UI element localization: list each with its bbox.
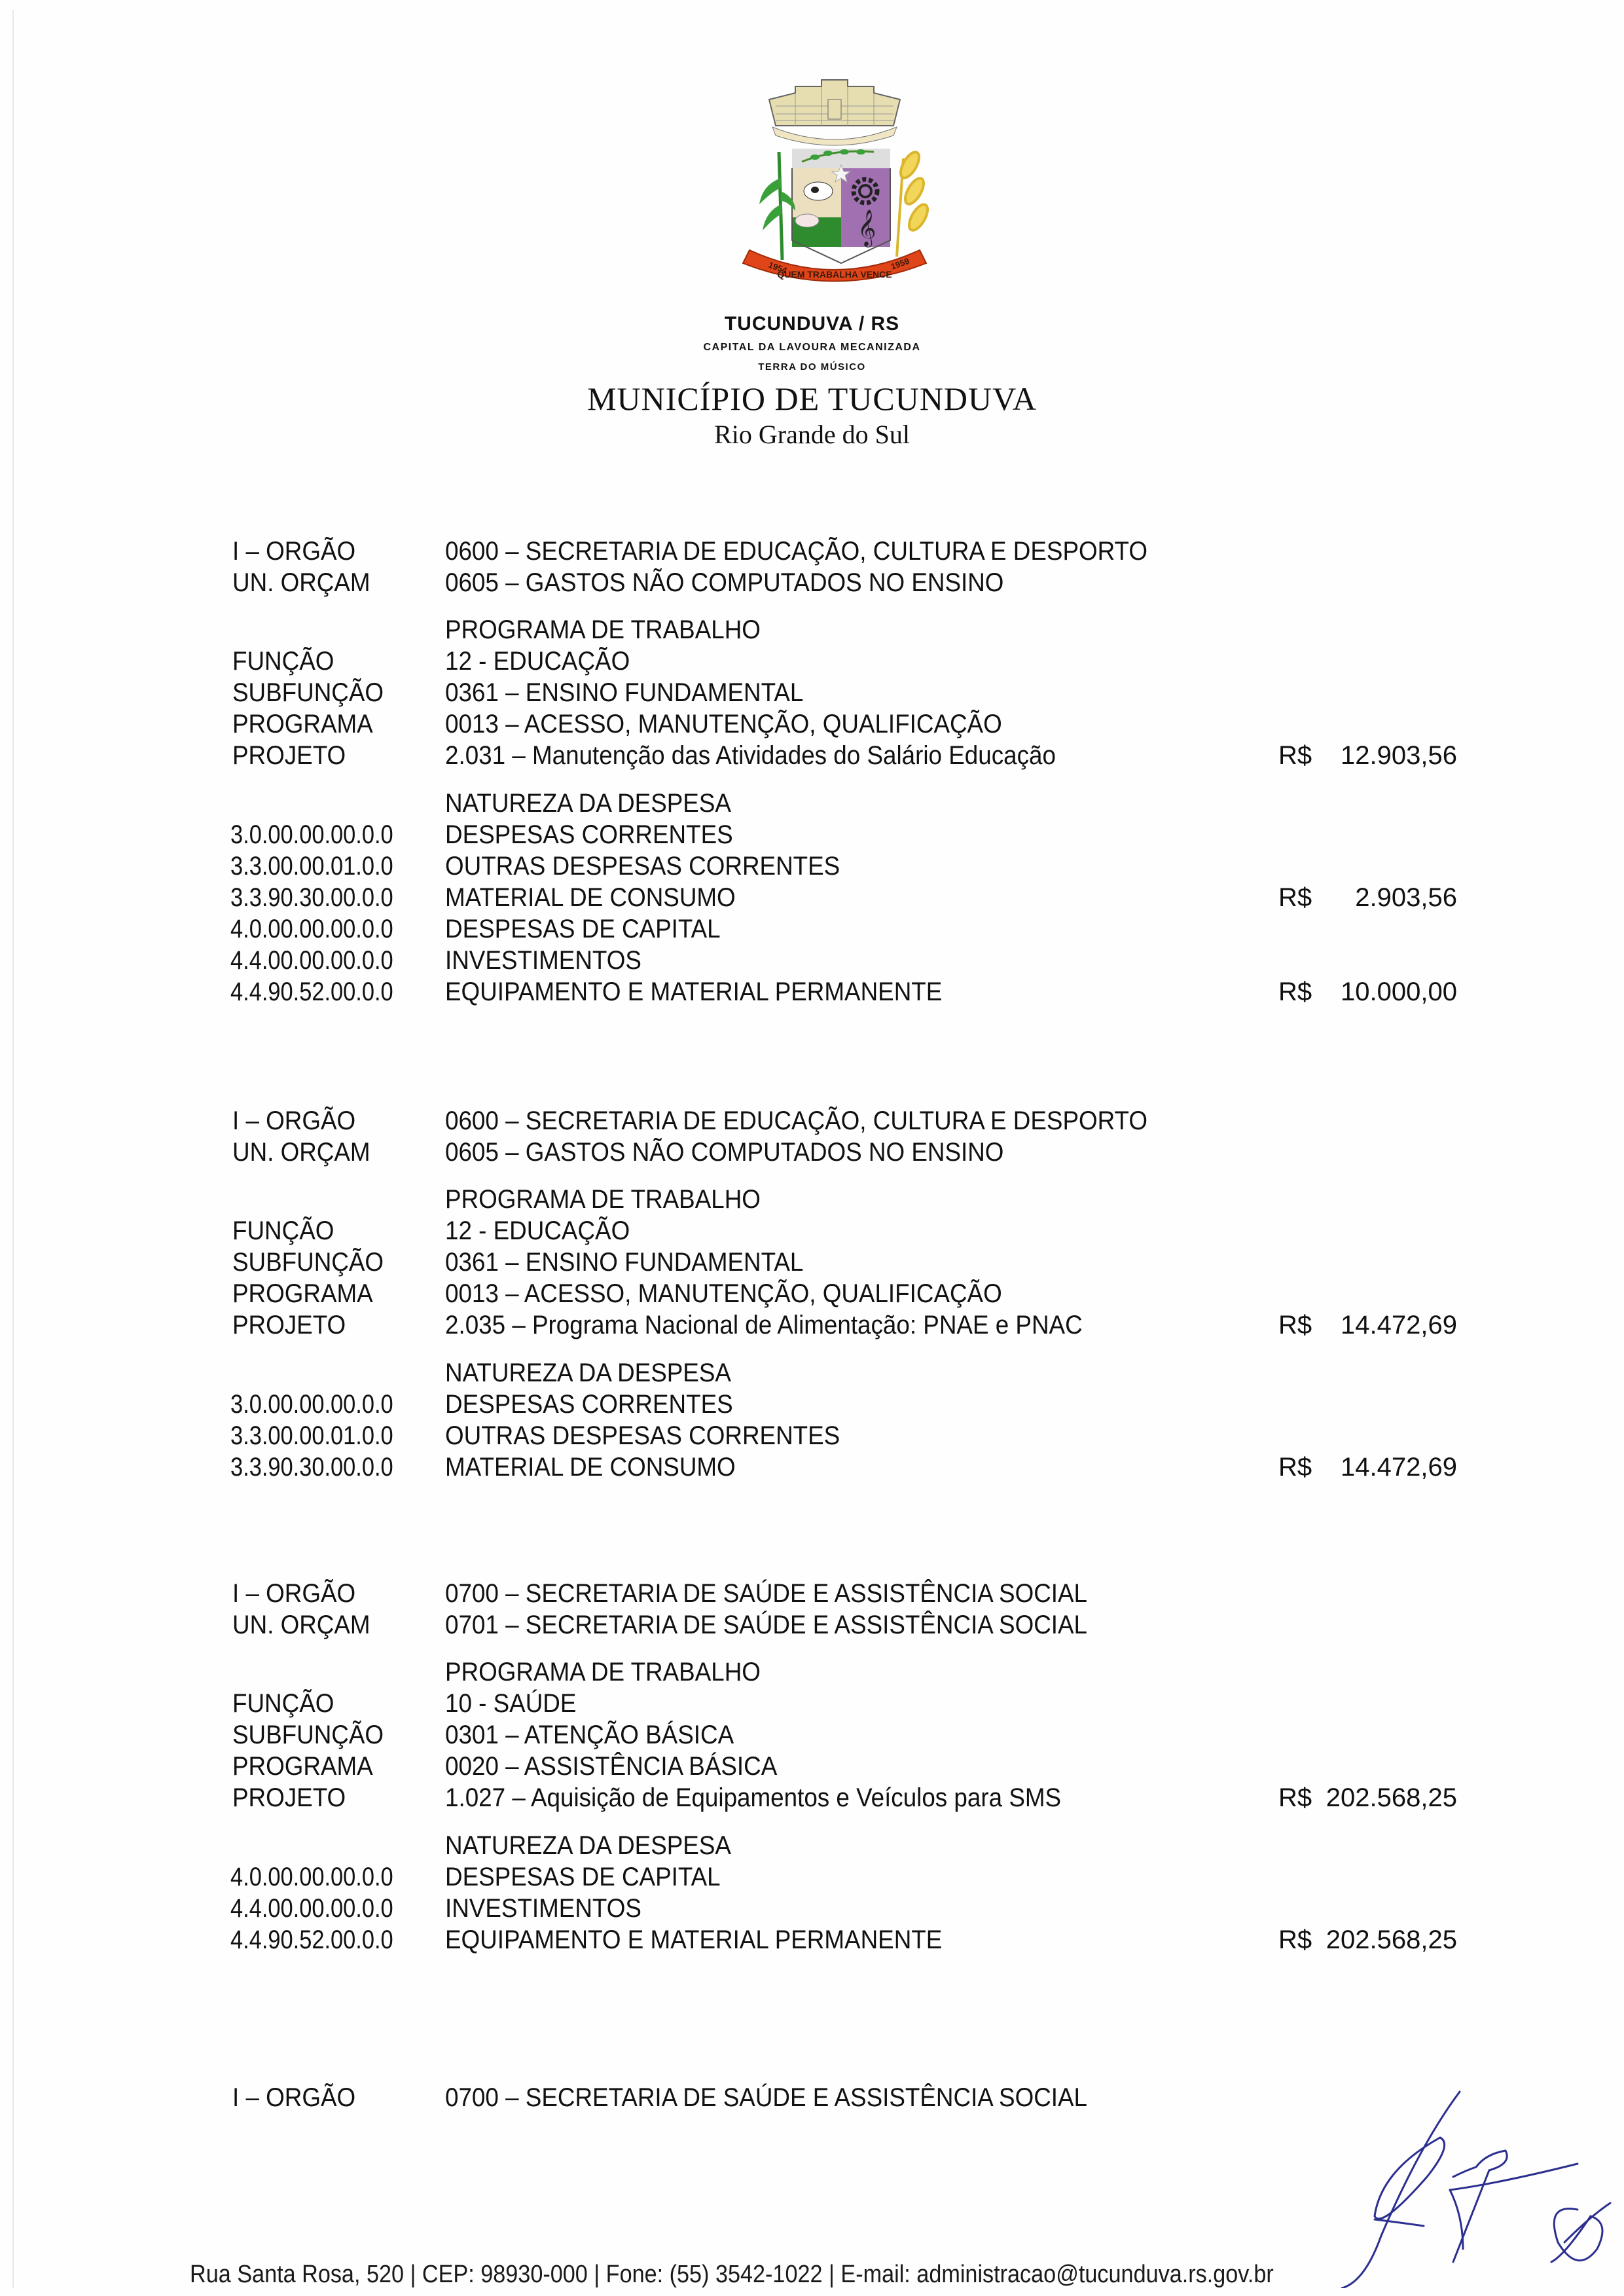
- natureza-row: 3.3.00.00.01.0.0OUTRAS DESPESAS CORRENTE…: [0, 1420, 1624, 1451]
- projeto-value: 1.027 – Aquisição de Equipamentos e Veíc…: [445, 1782, 1061, 1813]
- programa-label: PROGRAMA: [232, 1278, 373, 1309]
- projeto-row: PROJETO1.027 – Aquisição de Equipamentos…: [0, 1782, 1624, 1813]
- natureza-code: 3.3.90.30.00.0.0: [230, 882, 393, 913]
- orgao-label: I – ORGÃO: [232, 2082, 355, 2113]
- currency-symbol: R$: [1278, 1451, 1312, 1483]
- natureza-code: 3.3.00.00.01.0.0: [230, 1420, 393, 1451]
- natureza-description: MATERIAL DE CONSUMO: [445, 1451, 736, 1483]
- natureza-code: 4.0.00.00.00.0.0: [230, 1861, 393, 1893]
- natureza-code: 4.4.00.00.00.0.0: [230, 1893, 393, 1924]
- programa-label: PROGRAMA: [232, 708, 373, 740]
- natureza-description: INVESTIMENTOS: [445, 945, 641, 976]
- natureza-heading: NATUREZA DA DESPESA: [445, 1357, 731, 1389]
- natureza-description: MATERIAL DE CONSUMO: [445, 882, 736, 913]
- natureza-heading: NATUREZA DA DESPESA: [445, 1830, 731, 1861]
- subfuncao-value: 0301 – ATENÇÃO BÁSICA: [445, 1719, 734, 1751]
- orgao-value: 0700 – SECRETARIA DE SAÚDE E ASSISTÊNCIA…: [445, 1578, 1087, 1609]
- natureza-code: 4.4.90.52.00.0.0: [230, 976, 393, 1008]
- un-orcam-value: 0701 – SECRETARIA DE SAÚDE E ASSISTÊNCIA…: [445, 1609, 1087, 1641]
- municipality-title: MUNICÍPIO DE TUCUNDUVA: [0, 380, 1624, 418]
- natureza-description: DESPESAS CORRENTES: [445, 1389, 733, 1420]
- natureza-description: OUTRAS DESPESAS CORRENTES: [445, 1420, 840, 1451]
- natureza-row: 4.0.00.00.00.0.0DESPESAS DE CAPITAL: [0, 913, 1624, 945]
- natureza-description: INVESTIMENTOS: [445, 1893, 641, 1924]
- programa-label: PROGRAMA: [232, 1751, 373, 1782]
- natureza-row: 4.4.90.52.00.0.0EQUIPAMENTO E MATERIAL P…: [0, 1924, 1624, 1956]
- projeto-label: PROJETO: [232, 1309, 346, 1341]
- natureza-code: 3.0.00.00.00.0.0: [230, 819, 393, 850]
- natureza-row: 3.0.00.00.00.0.0DESPESAS CORRENTES: [0, 1389, 1624, 1420]
- natureza-code: 4.0.00.00.00.0.0: [230, 913, 393, 945]
- un-orcam-value: 0605 – GASTOS NÃO COMPUTADOS NO ENSINO: [445, 567, 1003, 598]
- natureza-heading: NATUREZA DA DESPESA: [445, 788, 731, 819]
- programa-trabalho-heading: PROGRAMA DE TRABALHO: [445, 1184, 761, 1215]
- natureza-code: 3.3.90.30.00.0.0: [230, 1451, 393, 1483]
- natureza-description: DESPESAS DE CAPITAL: [445, 1861, 721, 1893]
- state-name: Rio Grande do Sul: [0, 419, 1624, 450]
- orgao-label: I – ORGÃO: [232, 1578, 355, 1609]
- programa-trabalho-heading: PROGRAMA DE TRABALHO: [445, 614, 761, 646]
- subfuncao-value: 0361 – ENSINO FUNDAMENTAL: [445, 677, 803, 708]
- projeto-amount: 202.568,25: [1326, 1782, 1457, 1813]
- orgao-value: 0600 – SECRETARIA DE EDUCAÇÃO, CULTURA E…: [445, 1105, 1147, 1137]
- natureza-description: DESPESAS CORRENTES: [445, 819, 733, 850]
- orgao-value: 0600 – SECRETARIA DE EDUCAÇÃO, CULTURA E…: [445, 536, 1147, 567]
- funcao-label: FUNÇÃO: [232, 1215, 334, 1247]
- natureza-row: 4.4.00.00.00.0.0INVESTIMENTOS: [0, 1893, 1624, 1924]
- un-orcam-label: UN. ORÇAM: [232, 1137, 370, 1168]
- natureza-amount: 2.903,56: [1355, 882, 1457, 913]
- town-motto: CAPITAL DA LAVOURA MECANIZADA: [0, 342, 1624, 354]
- funcao-value: 12 - EDUCAÇÃO: [445, 1215, 630, 1247]
- orgao-value: 0700 – SECRETARIA DE SAÚDE E ASSISTÊNCIA…: [445, 2082, 1087, 2113]
- municipal-crest-icon: 𝄞 QUEM TRABALHA VENCE 1954 1959: [730, 73, 939, 296]
- natureza-row: 3.3.90.30.00.0.0MATERIAL DE CONSUMOR$14.…: [0, 1451, 1624, 1483]
- natureza-description: EQUIPAMENTO E MATERIAL PERMANENTE: [445, 976, 942, 1008]
- projeto-row: PROJETO2.031 – Manutenção das Atividades…: [0, 740, 1624, 771]
- currency-symbol: R$: [1278, 1924, 1312, 1956]
- un-orcam-value: 0605 – GASTOS NÃO COMPUTADOS NO ENSINO: [445, 1137, 1003, 1168]
- document-page: 𝄞 QUEM TRABALHA VENCE 1954 1959 TUCUNDUV…: [0, 0, 1624, 2296]
- signature-icon: [1303, 2072, 1617, 2288]
- subfuncao-label: SUBFUNÇÃO: [232, 1719, 384, 1751]
- orgao-label: I – ORGÃO: [232, 1105, 355, 1137]
- projeto-label: PROJETO: [232, 1782, 346, 1813]
- funcao-label: FUNÇÃO: [232, 1688, 334, 1719]
- town-subtitle: TERRA DO MÚSICO: [0, 361, 1624, 373]
- footer-address: Rua Santa Rosa, 520 | CEP: 98930-000 | F…: [190, 2261, 1274, 2289]
- subfuncao-value: 0361 – ENSINO FUNDAMENTAL: [445, 1247, 803, 1278]
- projeto-amount: 14.472,69: [1341, 1309, 1457, 1341]
- svg-text:𝄞: 𝄞: [857, 210, 876, 247]
- currency-symbol: R$: [1278, 1782, 1312, 1813]
- projeto-row: PROJETO2.035 – Programa Nacional de Alim…: [0, 1309, 1624, 1341]
- subfuncao-label: SUBFUNÇÃO: [232, 1247, 384, 1278]
- natureza-code: 3.3.00.00.01.0.0: [230, 850, 393, 882]
- programa-value: 0020 – ASSISTÊNCIA BÁSICA: [445, 1751, 777, 1782]
- natureza-row: 3.3.00.00.01.0.0OUTRAS DESPESAS CORRENTE…: [0, 850, 1624, 882]
- currency-symbol: R$: [1278, 1309, 1312, 1341]
- un-orcam-label: UN. ORÇAM: [232, 1609, 370, 1641]
- natureza-code: 3.0.00.00.00.0.0: [230, 1389, 393, 1420]
- natureza-row: 4.4.00.00.00.0.0INVESTIMENTOS: [0, 945, 1624, 976]
- natureza-description: DESPESAS DE CAPITAL: [445, 913, 721, 945]
- natureza-description: OUTRAS DESPESAS CORRENTES: [445, 850, 840, 882]
- projeto-label: PROJETO: [232, 740, 346, 771]
- natureza-code: 4.4.00.00.00.0.0: [230, 945, 393, 976]
- subfuncao-label: SUBFUNÇÃO: [232, 677, 384, 708]
- projeto-value: 2.031 – Manutenção das Atividades do Sal…: [445, 740, 1056, 771]
- orgao-label: I – ORGÃO: [232, 536, 355, 567]
- funcao-value: 10 - SAÚDE: [445, 1688, 576, 1719]
- natureza-code: 4.4.90.52.00.0.0: [230, 1924, 393, 1956]
- natureza-row: 4.0.00.00.00.0.0DESPESAS DE CAPITAL: [0, 1861, 1624, 1893]
- svg-text:QUEM TRABALHA VENCE: QUEM TRABALHA VENCE: [777, 269, 892, 280]
- projeto-value: 2.035 – Programa Nacional de Alimentação…: [445, 1309, 1083, 1341]
- natureza-description: EQUIPAMENTO E MATERIAL PERMANENTE: [445, 1924, 942, 1956]
- currency-symbol: R$: [1278, 976, 1312, 1008]
- natureza-amount: 14.472,69: [1341, 1451, 1457, 1483]
- natureza-amount: 10.000,00: [1341, 976, 1457, 1008]
- programa-value: 0013 – ACESSO, MANUTENÇÃO, QUALIFICAÇÃO: [445, 708, 1002, 740]
- currency-symbol: R$: [1278, 740, 1312, 771]
- funcao-label: FUNÇÃO: [232, 646, 334, 677]
- natureza-row: 3.3.90.30.00.0.0MATERIAL DE CONSUMOR$2.9…: [0, 882, 1624, 913]
- projeto-amount: 12.903,56: [1341, 740, 1457, 771]
- town-name: TUCUNDUVA / RS: [0, 313, 1624, 335]
- funcao-value: 12 - EDUCAÇÃO: [445, 646, 630, 677]
- natureza-row: 3.0.00.00.00.0.0DESPESAS CORRENTES: [0, 819, 1624, 850]
- programa-trabalho-heading: PROGRAMA DE TRABALHO: [445, 1656, 761, 1688]
- un-orcam-label: UN. ORÇAM: [232, 567, 370, 598]
- natureza-amount: 202.568,25: [1326, 1924, 1457, 1956]
- natureza-row: 4.4.90.52.00.0.0EQUIPAMENTO E MATERIAL P…: [0, 976, 1624, 1008]
- currency-symbol: R$: [1278, 882, 1312, 913]
- programa-value: 0013 – ACESSO, MANUTENÇÃO, QUALIFICAÇÃO: [445, 1278, 1002, 1309]
